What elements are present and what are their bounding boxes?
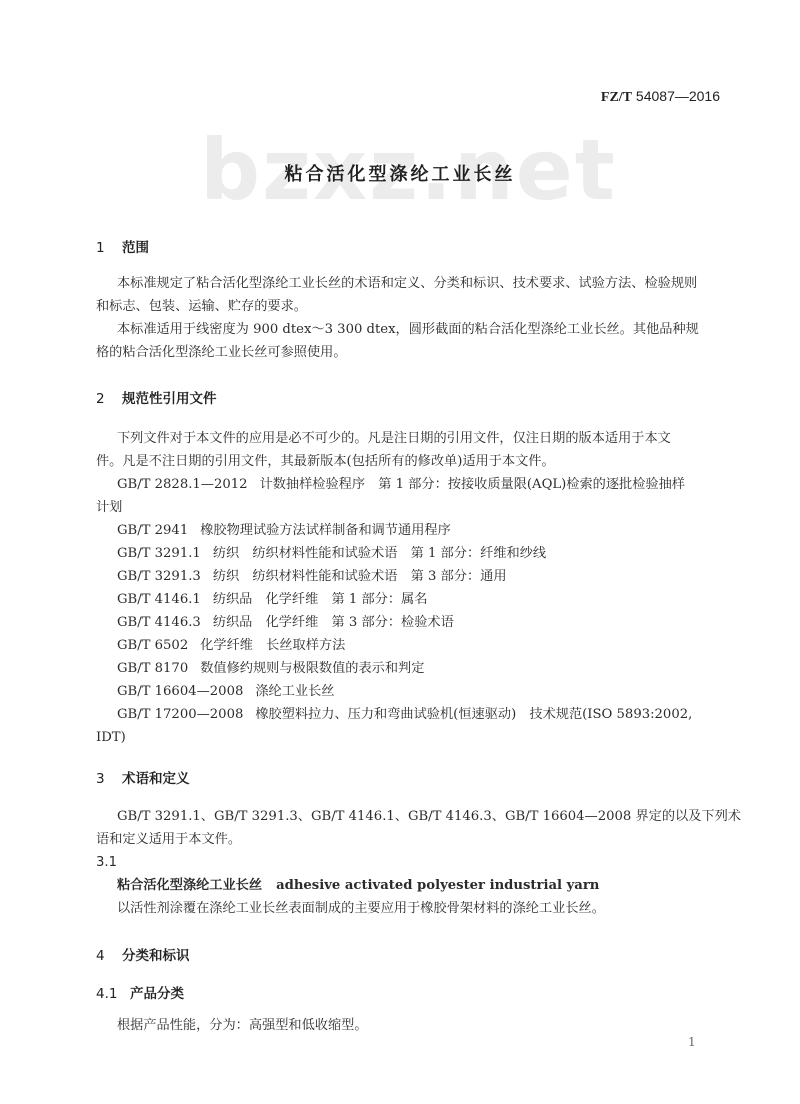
paragraph-line: 和标志、包装、运输、贮存的要求。 <box>96 298 307 316</box>
reference-title: 橡胶塑料拉力、压力和弯曲试验机(恒速驱动) 技术规范(ISO 5893:2002… <box>255 707 692 722</box>
section-number: 3 <box>96 771 122 787</box>
section-title: 规范性引用文件 <box>122 391 217 407</box>
reference-title: 化学纤维 长丝取样方法 <box>200 638 345 653</box>
reference-item: GB/T 3291.3纺织 纺织材料性能和试验术语 第 3 部分：通用 <box>117 568 507 586</box>
document-title: 粘合活化型涤纶工业长丝 <box>0 160 800 186</box>
reference-item: GB/T 3291.1纺织 纺织材料性能和试验术语 第 1 部分：纤维和纱线 <box>117 545 546 563</box>
reference-item-continuation: 计划 <box>96 499 122 517</box>
reference-code: GB/T 16604—2008 <box>117 684 243 699</box>
standard-code: FZ/T 54087—2016 <box>601 88 720 106</box>
term-english: adhesive activated polyester industrial … <box>276 878 599 893</box>
subsection-4-1-heading: 4.1产品分类 <box>96 982 184 1002</box>
paragraph-line: 格的粘合活化型涤纶工业长丝可参照使用。 <box>96 344 347 362</box>
section-number: 1 <box>96 240 122 256</box>
section-number: 2 <box>96 391 122 407</box>
document-page: bzxz.net FZ/T 54087—2016 粘合活化型涤纶工业长丝 1范围… <box>0 0 800 1104</box>
reference-title: 计数抽样检验程序 第 1 部分：按接收质量限(AQL)检索的逐批检验抽样 <box>260 477 685 492</box>
reference-code: GB/T 2941 <box>117 523 188 538</box>
section-4-heading: 4分类和标识 <box>96 944 190 964</box>
reference-code: GB/T 4146.3 <box>117 615 201 630</box>
reference-code: GB/T 3291.3 <box>117 569 201 584</box>
section-3-heading: 3术语和定义 <box>96 767 190 787</box>
reference-item: GB/T 8170数值修约规则与极限数值的表示和判定 <box>117 660 424 678</box>
section-title: 分类和标识 <box>122 948 190 964</box>
reference-item: GB/T 17200—2008橡胶塑料拉力、压力和弯曲试验机(恒速驱动) 技术规… <box>117 706 692 724</box>
reference-item: GB/T 4146.3纺织品 化学纤维 第 3 部分：检验术语 <box>117 614 454 632</box>
clause-number: 3.1 <box>96 854 117 872</box>
paragraph-line: 本标准规定了粘合活化型涤纶工业长丝的术语和定义、分类和标识、技术要求、试验方法、… <box>117 275 697 293</box>
term-entry: 粘合活化型涤纶工业长丝adhesive activated polyester … <box>117 877 599 895</box>
reference-title: 橡胶物理试验方法试样制备和调节通用程序 <box>200 523 451 538</box>
reference-title: 纺织品 化学纤维 第 3 部分：检验术语 <box>213 615 454 630</box>
reference-item: GB/T 4146.1纺织品 化学纤维 第 1 部分：属名 <box>117 591 427 609</box>
subsection-title: 产品分类 <box>130 986 184 1002</box>
reference-item: GB/T 6502化学纤维 长丝取样方法 <box>117 637 345 655</box>
term-definition: 以活性剂涂覆在涤纶工业长丝表面制成的主要应用于橡胶骨架材料的涤纶工业长丝。 <box>117 900 605 918</box>
reference-code: GB/T 6502 <box>117 638 188 653</box>
paragraph-line: 件。凡是不注日期的引用文件，其最新版本(包括所有的修改单)适用于本文件。 <box>96 453 555 471</box>
standard-number: 54087—2016 <box>636 88 720 104</box>
reference-title: 数值修约规则与极限数值的表示和判定 <box>200 661 424 676</box>
reference-code: GB/T 4146.1 <box>117 592 201 607</box>
section-title: 范围 <box>122 240 149 256</box>
reference-title: 纺织 纺织材料性能和试验术语 第 3 部分：通用 <box>213 569 507 584</box>
reference-code: GB/T 2828.1—2012 <box>117 477 248 492</box>
section-2-heading: 2规范性引用文件 <box>96 387 217 407</box>
reference-title: 纺织品 化学纤维 第 1 部分：属名 <box>213 592 428 607</box>
reference-item: GB/T 2941橡胶物理试验方法试样制备和调节通用程序 <box>117 522 451 540</box>
paragraph-line: 下列文件对于本文件的应用是必不可少的。凡是注日期的引用文件，仅注日期的版本适用于… <box>117 430 671 448</box>
reference-title: 涤纶工业长丝 <box>255 684 334 699</box>
section-1-heading: 1范围 <box>96 236 149 256</box>
reference-item-continuation: IDT) <box>96 729 126 747</box>
standard-prefix: FZ/T <box>601 90 632 105</box>
paragraph-line: 根据产品性能，分为：高强型和低收缩型。 <box>117 1017 368 1035</box>
reference-code: GB/T 3291.1 <box>117 546 201 561</box>
subsection-number: 4.1 <box>96 986 130 1002</box>
term-chinese: 粘合活化型涤纶工业长丝 <box>117 878 262 893</box>
reference-item: GB/T 2828.1—2012计数抽样检验程序 第 1 部分：按接收质量限(A… <box>117 476 685 494</box>
reference-code: GB/T 8170 <box>117 661 188 676</box>
paragraph-line: 本标准适用于线密度为 900 dtex～3 300 dtex，圆形截面的粘合活化… <box>117 321 699 339</box>
section-number: 4 <box>96 948 122 964</box>
paragraph-line: 语和定义适用于本文件。 <box>96 831 241 849</box>
reference-title: 纺织 纺织材料性能和试验术语 第 1 部分：纤维和纱线 <box>213 546 546 561</box>
paragraph-line: GB/T 3291.1、GB/T 3291.3、GB/T 4146.1、GB/T… <box>117 808 741 826</box>
reference-item: GB/T 16604—2008涤纶工业长丝 <box>117 683 334 701</box>
reference-code: GB/T 17200—2008 <box>117 707 243 722</box>
page-number: 1 <box>688 1035 696 1049</box>
section-title: 术语和定义 <box>122 771 190 787</box>
